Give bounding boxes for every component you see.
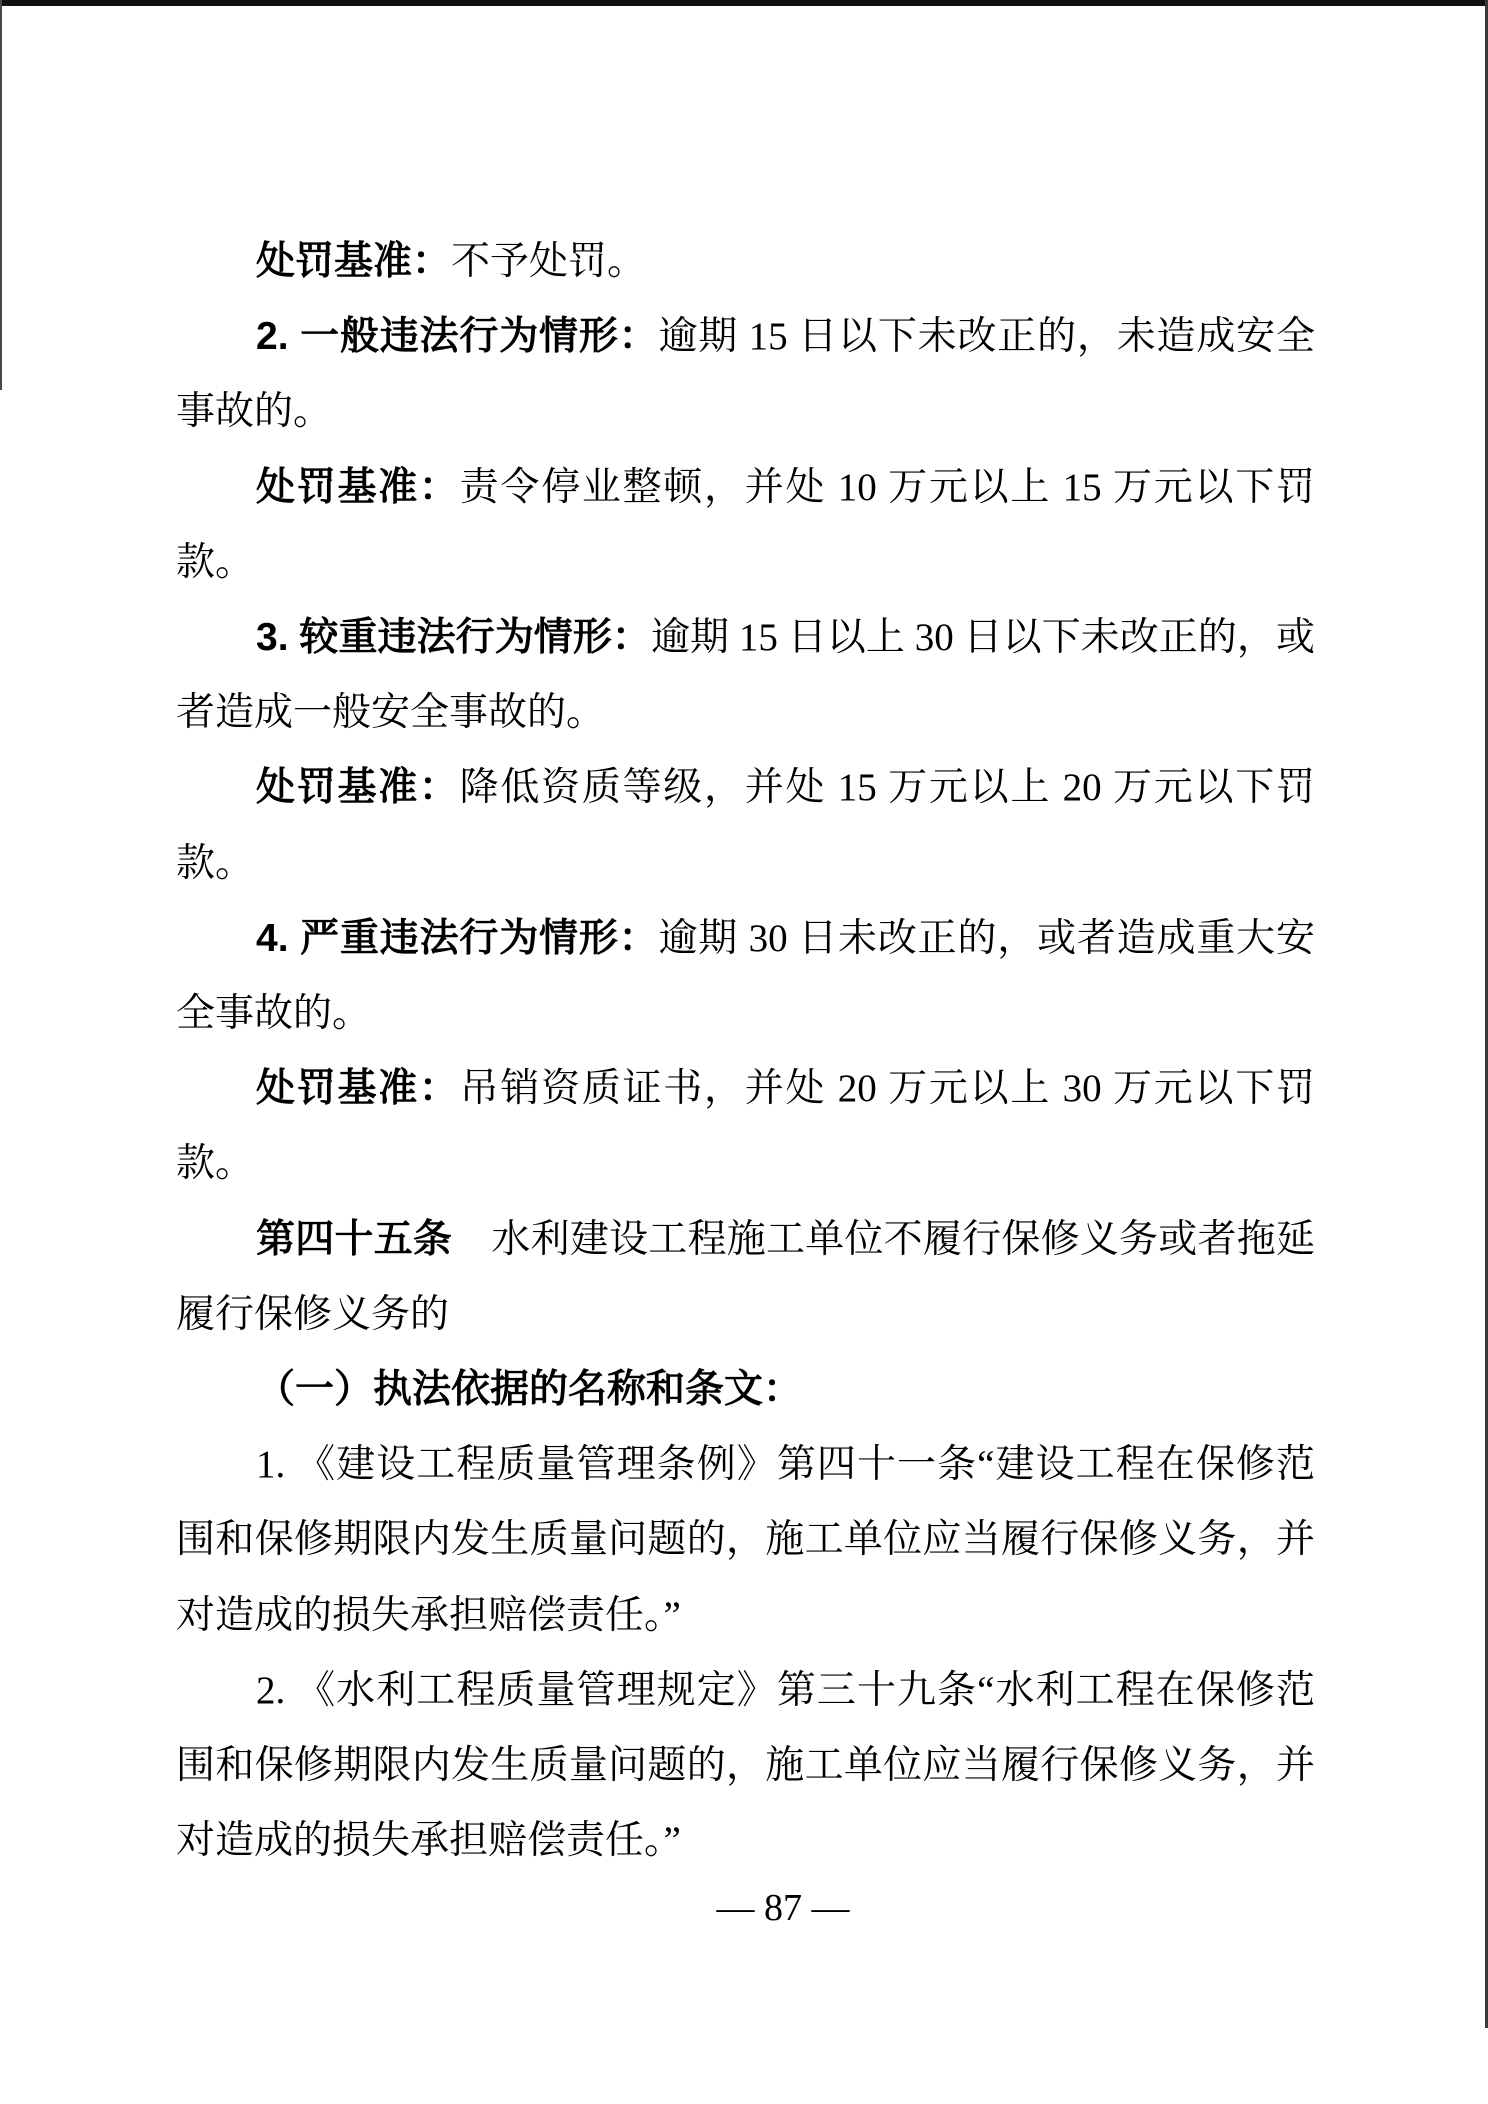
paragraph-article-45: 第四十五条 水利建设工程施工单位不履行保修义务或者拖延履行保修义务的 (176, 1202, 1315, 1352)
paragraph-penalty-basis-severe: 处罚基准：吊销资质证书，并处 20 万元以上 30 万元以下罚款。 (176, 1051, 1315, 1201)
scan-top-border-line (0, 0, 1488, 6)
paragraph-lead: 处罚基准： (256, 1067, 460, 1110)
paragraph-lead: 处罚基准： (256, 766, 460, 809)
paragraph-body: 2. 《水利工程质量管理规定》第三十九条“水利工程在保修范围和保修期限内发生质量… (176, 1669, 1315, 1862)
paragraph-regulation-1: 1. 《建设工程质量管理条例》第四十一条“建设工程在保修范围和保修期限内发生质量… (176, 1427, 1315, 1653)
paragraph-penalty-basis-none: 处罚基准：不予处罚。 (176, 224, 1315, 299)
paragraph-lead: 第四十五条 (256, 1218, 452, 1261)
paragraph-body: 1. 《建设工程质量管理条例》第四十一条“建设工程在保修范围和保修期限内发生质量… (176, 1443, 1315, 1636)
paragraph-serious-violation: 3. 较重违法行为情形：逾期 15 日以上 30 日以下未改正的，或者造成一般安… (176, 600, 1315, 750)
paragraph-lead: 4. 严重违法行为情形： (256, 917, 658, 960)
paragraph-body: 不予处罚。 (451, 240, 646, 283)
paragraph-lead: （一）执法依据的名称和条文： (256, 1368, 802, 1411)
paragraph-general-violation: 2. 一般违法行为情形：逾期 15 日以下未改正的，未造成安全事故的。 (176, 299, 1315, 449)
paragraph-enforcement-basis-heading: （一）执法依据的名称和条文： (176, 1352, 1315, 1427)
paragraph-severe-violation: 4. 严重违法行为情形：逾期 30 日未改正的，或者造成重大安全事故的。 (176, 901, 1315, 1051)
paragraph-penalty-basis-serious: 处罚基准：降低资质等级，并处 15 万元以上 20 万元以下罚款。 (176, 750, 1315, 900)
paragraph-lead: 处罚基准： (256, 466, 460, 509)
document-page: 处罚基准：不予处罚。 2. 一般违法行为情形：逾期 15 日以下未改正的，未造成… (0, 0, 1488, 2104)
paragraph-lead: 处罚基准： (256, 240, 451, 283)
document-body: 处罚基准：不予处罚。 2. 一般违法行为情形：逾期 15 日以下未改正的，未造成… (176, 224, 1315, 1878)
page-footer: — 87 — (0, 1889, 1488, 1927)
scan-left-border-line (0, 0, 2, 390)
paragraph-lead: 3. 较重违法行为情形： (256, 616, 651, 659)
paragraph-regulation-2: 2. 《水利工程质量管理规定》第三十九条“水利工程在保修范围和保修期限内发生质量… (176, 1653, 1315, 1879)
page-number: — 87 — (717, 1887, 850, 1929)
paragraph-lead: 2. 一般违法行为情形： (256, 315, 658, 358)
paragraph-penalty-basis-general: 处罚基准：责令停业整顿，并处 10 万元以上 15 万元以下罚款。 (176, 450, 1315, 600)
